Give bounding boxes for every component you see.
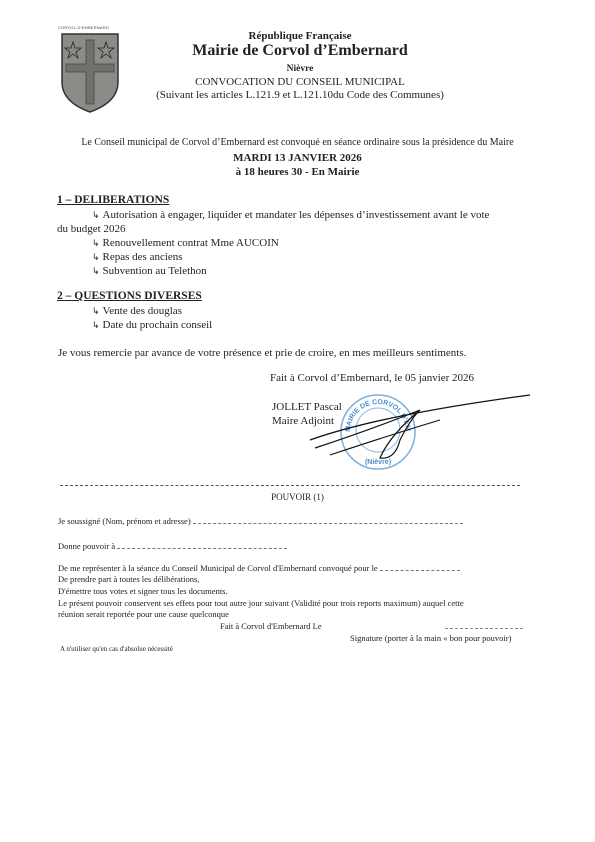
agenda-item: ↳Vente des douglas — [92, 305, 182, 317]
pouvoir-line: De prendre part à toutes les délibératio… — [58, 574, 199, 584]
meeting-time: à 18 heures 30 - En Mairie — [55, 166, 540, 178]
document-subtitle: (Suivant les articles L.121.9 et L.121.1… — [100, 89, 500, 101]
document-title: CONVOCATION DU CONSEIL MUNICIPAL — [140, 76, 460, 88]
agenda-item: ↳Subvention au Telethon — [92, 265, 207, 277]
arrow-icon: ↳ — [92, 307, 100, 317]
footnote: A n'utiliser qu'en cas d'absolue nécessi… — [60, 645, 173, 653]
arrow-icon: ↳ — [92, 267, 100, 277]
agenda-item: ↳Repas des anciens — [92, 251, 183, 263]
date-blank[interactable] — [380, 562, 460, 571]
soussigne-blank[interactable] — [193, 515, 463, 524]
signature-icon — [300, 380, 540, 470]
cut-line — [60, 485, 520, 486]
donne-pouvoir-field[interactable]: Donne pouvoir à — [58, 540, 287, 551]
republic-label: République Française — [150, 30, 450, 42]
pouvoir-title: POUVOIR (1) — [55, 492, 540, 502]
agenda-item: ↳Date du prochain conseil — [92, 319, 212, 331]
fait-date-blank[interactable] — [445, 628, 523, 629]
department-label: Nièvre — [150, 64, 450, 74]
crest-label: CORVOL-D'EMBERNARD — [58, 25, 109, 30]
arrow-icon: ↳ — [92, 239, 100, 249]
pouvoir-line: D'émettre tous votes et signer tous les … — [58, 586, 228, 596]
intro-text: Le Conseil municipal de Corvol d’Emberna… — [55, 137, 540, 148]
arrow-icon: ↳ — [92, 321, 100, 331]
signature-label: Signature (porter à la main « bon pour p… — [350, 633, 511, 643]
meeting-date: MARDI 13 JANVIER 2026 — [55, 152, 540, 164]
pouvoir-line: réunion serait reportée pour une cause q… — [58, 609, 229, 619]
arrow-icon: ↳ — [92, 211, 100, 221]
agenda-item: ↳Autorisation à engager, liquider et man… — [92, 209, 489, 221]
pouvoir-fait: Fait à Corvol d'Embernard Le — [220, 621, 322, 631]
section-title-questions: 2 – QUESTIONS DIVERSES — [57, 290, 202, 302]
donne-pouvoir-blank[interactable] — [117, 540, 287, 549]
closing-thanks: Je vous remercie par avance de votre pré… — [58, 347, 466, 359]
section-title-deliberations: 1 – DELIBERATIONS — [57, 194, 169, 206]
pouvoir-line: Le présent pouvoir conservent ses effets… — [58, 598, 464, 608]
arrow-icon: ↳ — [92, 253, 100, 263]
agenda-item: ↳Renouvellement contrat Mme AUCOIN — [92, 237, 279, 249]
soussigne-field[interactable]: Je soussigné (Nom, prénom et adresse) — [58, 515, 463, 526]
mairie-title: Mairie de Corvol d’Embernard — [150, 42, 450, 60]
agenda-item-continuation: du budget 2026 — [57, 223, 125, 235]
coat-of-arms-icon — [58, 32, 122, 114]
pouvoir-line: De me représenter à la séance du Conseil… — [58, 562, 460, 573]
